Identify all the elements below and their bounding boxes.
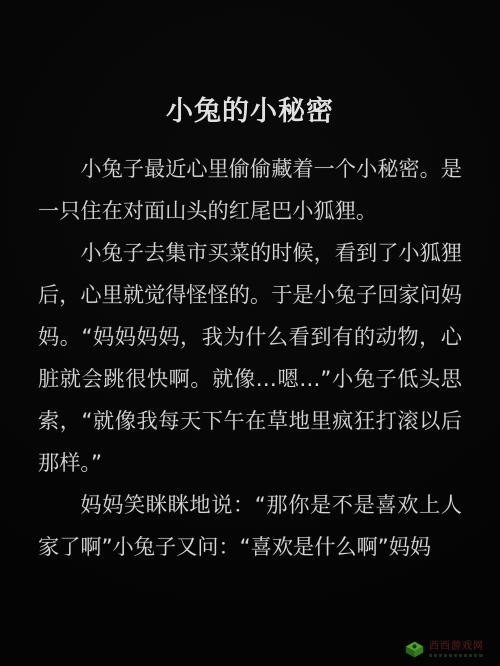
story-page: 小兔的小秘密 小兔子最近心里偷偷藏着一个小秘密。是一只住在对面山头的红尾巴小狐狸… [0, 0, 500, 666]
story-content: 小兔的小秘密 小兔子最近心里偷偷藏着一个小秘密。是一只住在对面山头的红尾巴小狐狸… [0, 0, 500, 568]
watermark-site-name: 西西游戏网 [429, 642, 484, 652]
story-paragraph: 妈妈笑眯眯地说：“那你是不是喜欢上人家了啊”小兔子又问：“喜欢是什么啊”妈妈 [38, 484, 462, 568]
story-paragraph: 小兔子最近心里偷偷藏着一个小秘密。是一只住在对面山头的红尾巴小狐狸。 [38, 148, 462, 232]
watermark-caption-line [429, 654, 483, 657]
watermark-text-block: 西西游戏网 [429, 642, 484, 657]
site-watermark: 西西游戏网 [404, 639, 484, 660]
green-box-icon [404, 639, 425, 660]
story-paragraph: 小兔子去集市买菜的时候，看到了小狐狸后，心里就觉得怪怪的。于是小兔子回家问妈妈。… [38, 232, 462, 484]
page-title: 小兔的小秘密 [38, 94, 462, 130]
